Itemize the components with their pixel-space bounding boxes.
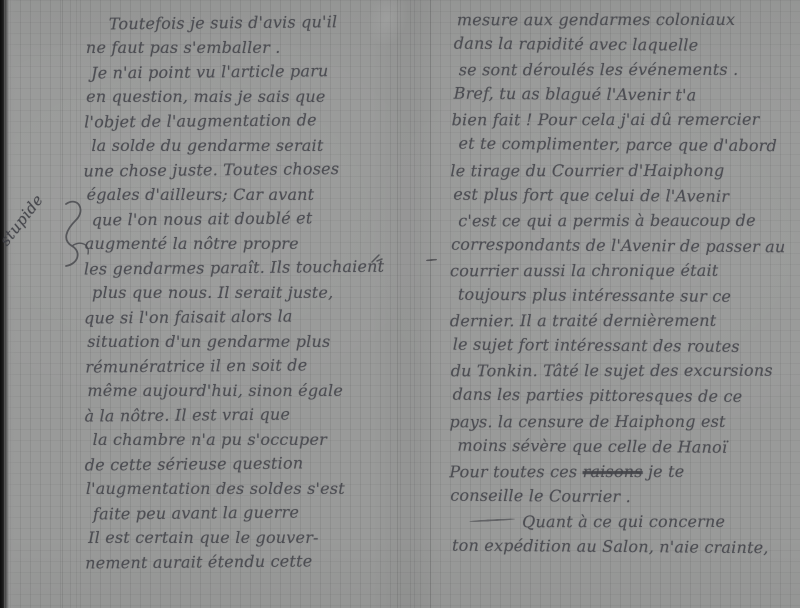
manuscript-line: à la nôtre. Il est vrai que <box>84 401 404 429</box>
manuscript-line: la solde du gendarme serait <box>91 133 403 158</box>
manuscript-line: augmenté la nôtre propre <box>85 231 404 256</box>
manuscript-line: se sont déroulés les événements . <box>459 57 799 83</box>
manuscript-line: correspondants de l'Avenir de passer au <box>451 231 798 259</box>
left-page: Toutefois je suis d'avis qu'ilne faut pa… <box>83 10 405 575</box>
manuscript-line: bien fait ! Pour cela j'ai dû remercier <box>452 107 799 133</box>
manuscript-line: moins sévère que celle de Hanoï <box>457 432 797 460</box>
manuscript-line: Pour toutes ces raisons je te <box>449 458 797 484</box>
manuscript-line: situation d'un gendarme plus <box>87 329 404 354</box>
manuscript-line: Il est certain que le gouver- <box>88 525 405 550</box>
manuscript-line: Quant à ce qui concerne <box>469 509 797 535</box>
manuscript-line: dernier. Il a traité dernièrement <box>450 308 798 334</box>
manuscript-line: Toutefois je suis d'avis qu'il <box>109 10 403 37</box>
manuscript-line: du Tonkin. Tâté le sujet des excursions <box>451 358 798 384</box>
manuscript-line: mesure aux gendarmes coloniaux <box>457 7 799 33</box>
manuscript-line: même aujourd'hui, sinon égale <box>87 378 404 403</box>
gutter-pencil-tick <box>370 253 384 265</box>
manuscript-line: conseille le Courrier . <box>450 482 797 510</box>
gutter-rule <box>430 0 431 608</box>
manuscript-line: les gendarmes paraît. Ils touchaient <box>84 254 404 282</box>
scanned-letter-spread: Toutefois je suis d'avis qu'ilne faut pa… <box>0 0 800 608</box>
manuscript-line: c'est ce qui a permis à beaucoup de <box>458 207 798 233</box>
right-page: mesure aux gendarmes coloniauxdans la ra… <box>449 6 799 559</box>
manuscript-line: une chose juste. Toutes choses <box>83 156 403 184</box>
manuscript-line: faite peu avant la guerre <box>93 499 405 526</box>
manuscript-line: ne faut pas s'emballer . <box>86 35 403 60</box>
manuscript-line: en question, mais je sais que <box>86 84 403 109</box>
manuscript-line: rémunératrice il en soit de <box>85 352 404 380</box>
manuscript-line: le sujet fort intéressant des routes <box>453 332 798 360</box>
scan-left-edge <box>0 0 16 608</box>
manuscript-line: Je n'ai point vu l'article paru <box>91 58 403 85</box>
manuscript-line: et te complimenter, parce que d'abord <box>458 131 798 159</box>
manuscript-line: dans les parties pittoresques de ce <box>453 382 798 410</box>
gutter-dash-mark <box>426 259 437 262</box>
manuscript-line: ton expédition au Salon, n'aie crainte, <box>452 533 797 561</box>
manuscript-line: nement aurait étendu cette <box>85 548 405 576</box>
left-margin-rule <box>62 0 63 608</box>
manuscript-line: égales d'ailleurs; Car avant <box>87 182 404 207</box>
manuscript-line: l'objet de l'augmentation de <box>84 107 403 135</box>
margin-flourish-paraph <box>52 200 100 270</box>
manuscript-line: que l'on nous ait doublé et <box>92 205 404 232</box>
manuscript-line: l'augmentation des soldes s'est <box>86 476 405 501</box>
manuscript-line: que si l'on faisait alors la <box>84 303 404 331</box>
manuscript-line: le tirage du Courrier d'Haiphong <box>450 157 798 183</box>
manuscript-line: courrier aussi la chronique était <box>450 258 798 284</box>
manuscript-line: plus que nous. Il serait juste, <box>92 280 404 305</box>
gutter-rule <box>414 0 415 608</box>
left-margin-rule <box>76 0 77 608</box>
manuscript-line: pays. la censure de Haiphong est <box>449 408 797 434</box>
manuscript-line: toujours plus intéressante sur ce <box>458 282 798 310</box>
manuscript-line: Bref, tu as blagué l'Avenir t'a <box>454 81 799 109</box>
scan-edge-highlight <box>4 0 5 608</box>
manuscript-line: la chambre n'a pu s'occuper <box>93 427 405 452</box>
struck-word: raisons <box>583 462 643 481</box>
manuscript-line: dans la rapidité avec laquelle <box>454 31 799 59</box>
manuscript-line: est plus fort que celui de l'Avenir <box>453 181 798 209</box>
manuscript-line: de cette sérieuse question <box>85 450 405 478</box>
